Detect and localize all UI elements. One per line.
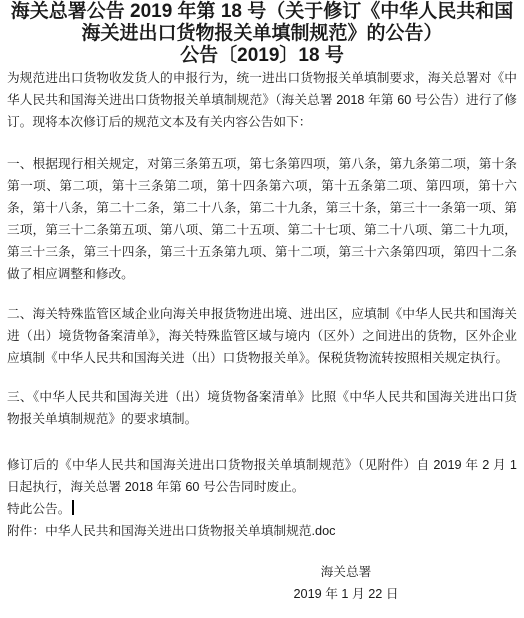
signature-issuer: 海关总署 <box>175 561 517 583</box>
closing-section: 修订后的《中华人民共和国海关进出口货物报关单填制规范》（见附件）自 2019 年… <box>7 454 517 542</box>
signature-block: 海关总署 2019 年 1 月 22 日 <box>7 561 517 605</box>
revision-item-1: 一、根据现行相关规定，对第三条第五项，第七条第四项，第八条，第九条第二项，第十条… <box>7 153 517 285</box>
announcement-document[interactable]: 海关总署公告 2019 年第 18 号（关于修订《中华人民共和国海关进出口货物报… <box>0 0 524 618</box>
revision-item-3: 三、《中华人民共和国海关进（出）境货物备案清单》比照《中华人民共和国海关进出口货… <box>7 386 517 430</box>
attachment-filename: 中华人民共和国海关进出口货物报关单填制规范.doc <box>45 524 335 538</box>
proclamation-text: 特此公告。 <box>7 502 70 516</box>
document-title: 海关总署公告 2019 年第 18 号（关于修订《中华人民共和国海关进出口货物报… <box>7 1 517 45</box>
attachment-label: 附件： <box>7 524 45 538</box>
signature-date: 2019 年 1 月 22 日 <box>175 583 517 605</box>
attachment-line: 附件：中华人民共和国海关进出口货物报关单填制规范.doc <box>7 520 517 542</box>
proclamation-line: 特此公告。 <box>7 498 517 520</box>
text-caret <box>72 500 74 515</box>
revision-item-2: 二、海关特殊监管区域企业向海关申报货物进出境、进出区，应填制《中华人民共和国海关… <box>7 303 517 369</box>
intro-paragraph: 为规范进出口货物收发货人的申报行为，统一进出口货物报关单填制要求，海关总署对《中… <box>7 67 517 133</box>
effective-date-paragraph: 修订后的《中华人民共和国海关进出口货物报关单填制规范》（见附件）自 2019 年… <box>7 454 517 498</box>
document-number: 公告〔2019〕18 号 <box>7 45 517 67</box>
